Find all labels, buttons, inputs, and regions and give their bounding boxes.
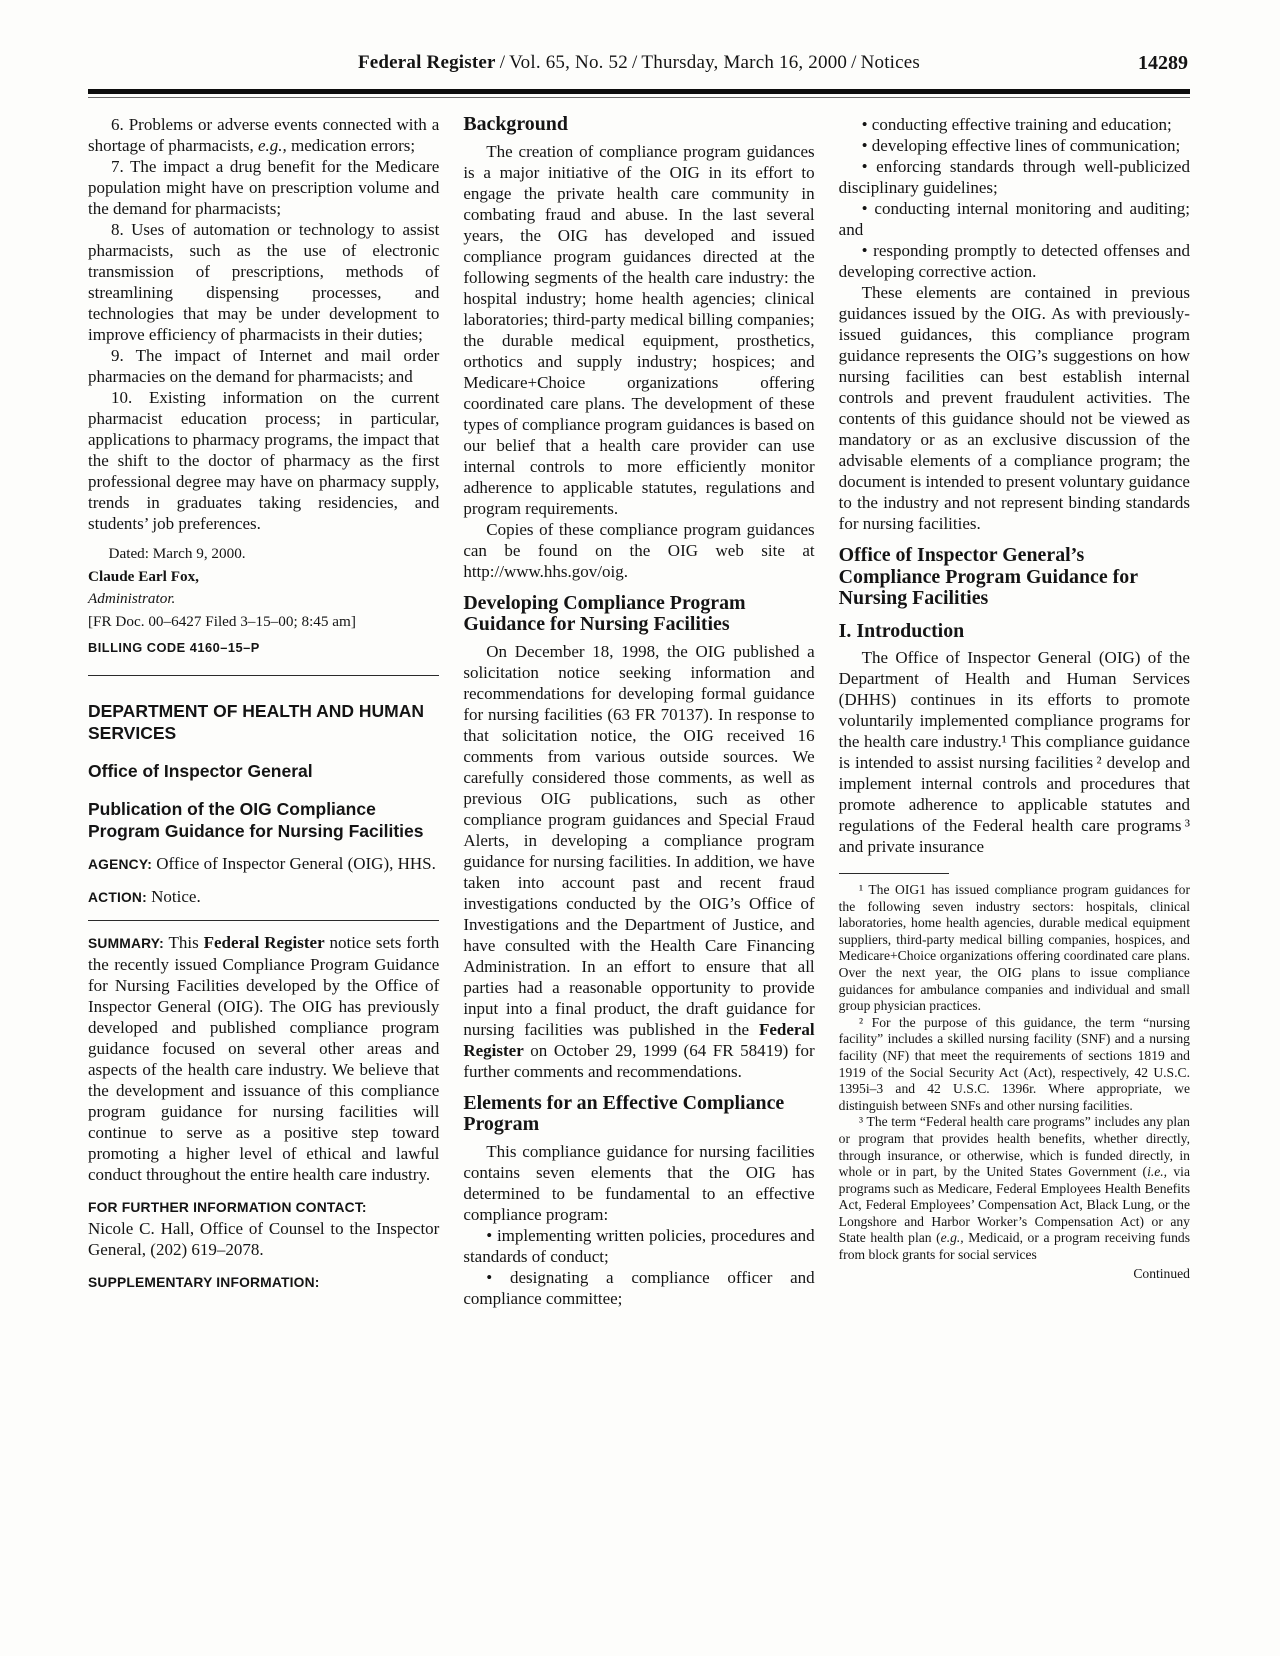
billing-code: BILLING CODE 4160–15–P <box>88 637 439 658</box>
bullet-item: • designating a compliance officer and c… <box>463 1267 814 1309</box>
heading-developing-guidance: Developing Compliance Program Guidance f… <box>463 593 814 636</box>
bullet-item: • implementing written policies, procedu… <box>463 1225 814 1267</box>
agency-line: AGENCY: Office of Inspector General (OIG… <box>88 853 439 875</box>
column-3: • conducting effective training and educ… <box>839 114 1190 1309</box>
developing-text-1: On December 18, 1998, the OIG published … <box>463 642 814 1039</box>
supplementary-line: SUPPLEMENTARY INFORMATION: <box>88 1271 439 1293</box>
document-title: Publication of the OIG Compliance Progra… <box>88 798 439 842</box>
heading-introduction: I. Introduction <box>839 621 1190 643</box>
footnote-3: ³ The term “Federal health care programs… <box>839 1114 1190 1263</box>
summary-text-1: This <box>164 933 204 952</box>
header-rule-thick <box>88 89 1190 94</box>
background-paragraph-2: Copies of these compliance program guida… <box>463 519 814 582</box>
footnote-3-italic-1: i.e., <box>1147 1164 1167 1179</box>
signature-name: Claude Earl Fox, <box>88 567 439 586</box>
issue-info: / Vol. 65, No. 52 / Thursday, March 16, … <box>496 52 920 73</box>
header-rule-thin <box>88 97 1190 98</box>
action-text: Notice. <box>147 887 201 906</box>
summary-label: SUMMARY: <box>88 936 164 951</box>
numbered-item-10: 10. Existing information on the current … <box>88 387 439 534</box>
column-2: Background The creation of compliance pr… <box>463 114 814 1309</box>
contact-label: FOR FURTHER INFORMATION CONTACT: <box>88 1200 367 1215</box>
numbered-item-8: 8. Uses of automation or technology to a… <box>88 219 439 345</box>
heading-oig-guidance: Office of Inspector General’s Compliance… <box>839 545 1190 610</box>
summary-federal-register-bold: Federal Register <box>204 933 325 952</box>
contact-text: Nicole C. Hall, Office of Counsel to the… <box>88 1219 439 1259</box>
numbered-item-9: 9. The impact of Internet and mail order… <box>88 345 439 387</box>
header-running-title: Federal Register / Vol. 65, No. 52 / Thu… <box>88 52 1190 74</box>
signature-title: Administrator. <box>88 589 439 608</box>
section-divider-rule <box>88 675 439 676</box>
numbered-item-6: 6. Problems or adverse events connected … <box>88 114 439 156</box>
summary-text-2: notice sets forth the recently issued Co… <box>88 933 439 1184</box>
footnote-3-text-1: ³ The term “Federal health care programs… <box>839 1114 1190 1179</box>
background-paragraph-1: The creation of compliance program guida… <box>463 141 814 519</box>
developing-paragraph: On December 18, 1998, the OIG published … <box>463 641 814 1082</box>
bullet-item: • conducting internal monitoring and aud… <box>839 198 1190 240</box>
elements-summary-paragraph: These elements are contained in previous… <box>839 282 1190 534</box>
item-6-text-end: medication errors; <box>287 136 415 155</box>
column-1: 6. Problems or adverse events connected … <box>88 114 439 1309</box>
continued-marker: Continued <box>839 1265 1190 1282</box>
fr-doc-line: [FR Doc. 00–6427 Filed 3–15–00; 8:45 am] <box>88 612 439 631</box>
summary-divider-rule <box>88 920 439 921</box>
action-line: ACTION: Notice. <box>88 886 439 908</box>
numbered-item-7: 7. The impact a drug benefit for the Med… <box>88 156 439 219</box>
federal-register-page: Federal Register / Vol. 65, No. 52 / Thu… <box>0 0 1280 1656</box>
dated-line: Dated: March 9, 2000. <box>88 544 439 563</box>
department-heading: DEPARTMENT OF HEALTH AND HUMAN SERVICES <box>88 700 439 744</box>
bullet-item: • conducting effective training and educ… <box>839 114 1190 135</box>
page-header: Federal Register / Vol. 65, No. 52 / Thu… <box>88 52 1190 86</box>
heading-elements: Elements for an Effective Compliance Pro… <box>463 1093 814 1136</box>
office-heading: Office of Inspector General <box>88 760 439 782</box>
item-6-italic: e.g., <box>258 136 287 155</box>
footnote-1: ¹ The OIG1 has issued compliance program… <box>839 882 1190 1015</box>
agency-text: Office of Inspector General (OIG), HHS. <box>152 854 436 873</box>
footnote-3-italic-2: e.g., <box>941 1230 964 1245</box>
agency-label: AGENCY: <box>88 857 152 872</box>
bullet-item: • enforcing standards through well-publi… <box>839 156 1190 198</box>
bullet-item: • responding promptly to detected offens… <box>839 240 1190 282</box>
journal-name: Federal Register <box>358 52 496 73</box>
heading-background: Background <box>463 114 814 136</box>
bullet-item: • developing effective lines of communic… <box>839 135 1190 156</box>
introduction-paragraph: The Office of Inspector General (OIG) of… <box>839 647 1190 857</box>
elements-intro-paragraph: This compliance guidance for nursing fac… <box>463 1141 814 1225</box>
footnote-2: ² For the purpose of this guidance, the … <box>839 1015 1190 1115</box>
page-number: 14289 <box>1138 52 1188 75</box>
contact-paragraph: FOR FURTHER INFORMATION CONTACT:Nicole C… <box>88 1196 439 1260</box>
three-column-body: 6. Problems or adverse events connected … <box>88 114 1190 1309</box>
footnote-separator-rule <box>839 873 949 874</box>
supplementary-label: SUPPLEMENTARY INFORMATION: <box>88 1275 320 1290</box>
summary-paragraph: SUMMARY: This Federal Register notice se… <box>88 932 439 1185</box>
action-label: ACTION: <box>88 890 147 905</box>
